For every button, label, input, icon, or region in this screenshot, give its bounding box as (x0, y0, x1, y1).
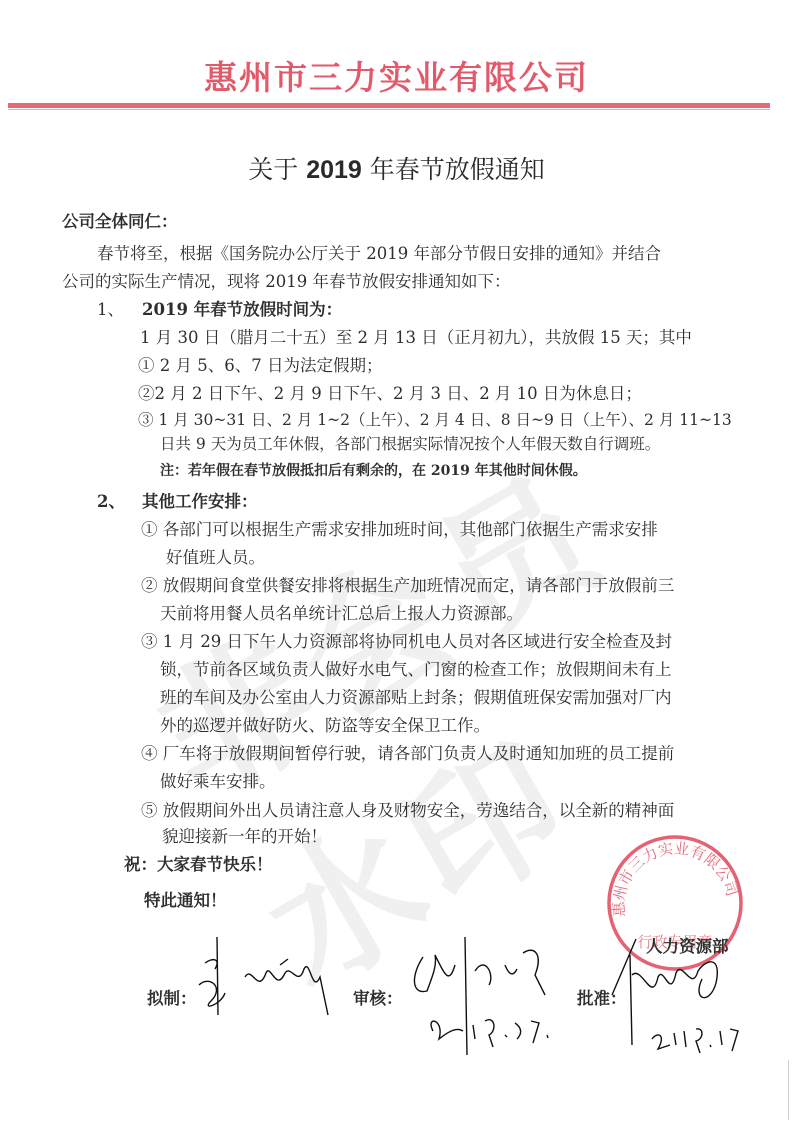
section2-item-3-cont3: 外的巡逻并做好防火、防盗等安全保卫工作。 (160, 712, 490, 736)
company-letterhead: 惠州市三力实业有限公司 (0, 52, 793, 99)
greeting: 祝：大家春节快乐！ (124, 851, 273, 875)
approver-signature (612, 935, 752, 1069)
document-title: 关于 2019 年春节放假通知 (0, 150, 793, 186)
item-text: 厂车将于放假期间暂停行驶，请各部门负责人及时通知加班的员工提前 (163, 744, 675, 763)
drafter-signature-2 (240, 955, 360, 1039)
drafted-label: 拟制： (147, 985, 197, 1009)
item-text: 1 月 29 日下午人力资源部将协同机电人员对各区域进行安全检查及封 (163, 632, 672, 651)
intro-line-1: 春节将至，根据《国务院办公厅关于 2019 年部分节假日安排的通知》并结合 (97, 240, 661, 264)
closing: 特此通知！ (144, 887, 227, 911)
section1-item-3-cont: 日共 9 天为员工年休假，各部门根据实际情况按个人年假天数自行调班。 (160, 432, 660, 454)
salutation: 公司全体同仁： (62, 208, 178, 232)
section2-item-4-cont: 做好乘车安排。 (160, 768, 276, 792)
item-text: 1 月 30~31 日、2 月 1~2（上午）、2 月 4 日、8 日~9 日（… (158, 411, 731, 429)
item-marker: ② (138, 384, 155, 403)
page-edge (788, 1060, 789, 1120)
section2-heading: 其他工作安排： (142, 488, 258, 512)
section2-item-3-cont1: 锁，节前各区域负责人做好水电气、门窗的检查工作；放假期间未有上 (160, 656, 672, 680)
section2-item-1: ① 各部门可以根据生产需求安排加班时间，其他部门依据生产需求安排 (141, 516, 658, 540)
item-text: 放假期间外出人员请注意人身及财物安全，劳逸结合，以全新的精神面 (163, 801, 675, 820)
item-marker: ① (138, 356, 155, 375)
section2-number: 2、 (97, 488, 125, 512)
section2-item-2: ② 放假期间食堂供餐安排将根据生产加班情况而定，请各部门于放假前三 (141, 572, 674, 596)
letterhead-divider (8, 103, 770, 108)
section1-heading: 2019 年春节放假时间为： (142, 296, 342, 320)
item-text: 2 月 2 日下午、2 月 9 日下午、2 月 3 日、2 月 10 日为休息日… (155, 384, 642, 403)
letterhead-divider-thin (8, 109, 770, 110)
section2-item-5: ⑤ 放假期间外出人员请注意人身及财物安全，劳逸结合，以全新的精神面 (141, 797, 674, 821)
reviewed-label: 审核： (353, 985, 403, 1009)
item-marker: ② (141, 576, 158, 595)
handwritten-signature-icon (240, 955, 360, 1035)
title-prefix: 关于 (248, 155, 306, 184)
section2-item-5-cont: 貌迎接新一年的开始！ (162, 823, 327, 847)
item-marker: ④ (141, 744, 158, 763)
item-marker: ① (141, 520, 158, 539)
item-text: 各部门可以根据生产需求安排加班时间，其他部门依据生产需求安排 (163, 520, 658, 539)
section2-item-3-cont2: 班的车间及办公室由人力资源部贴上封条；假期值班保安需加强对厂内 (160, 684, 672, 708)
item-marker: ⑤ (141, 801, 158, 820)
section2-item-3: ③ 1 月 29 日下午人力资源部将协同机电人员对各区域进行安全检查及封 (141, 628, 672, 652)
title-suffix: 年春节放假通知 (362, 155, 545, 184)
reviewer-signature (405, 935, 585, 1069)
section1-item-1: ① 2 月 5、6、7 日为法定假期； (138, 352, 382, 376)
svg-text:惠州市三力实业有限公司: 惠州市三力实业有限公司 (610, 839, 742, 917)
intro-line-2: 公司的实际生产情况，现将 2019 年春节放假安排通知如下： (62, 268, 510, 292)
section1-item-2: ②2 月 2 日下午、2 月 9 日下午、2 月 3 日、2 月 10 日为休息… (138, 380, 642, 404)
item-text: 放假期间食堂供餐安排将根据生产加班情况而定，请各部门于放假前三 (163, 576, 675, 595)
section1-note: 注：若年假在春节放假抵扣后有剩余的，在 2019 年其他时间休假。 (160, 460, 587, 480)
item-marker: ③ (141, 632, 158, 651)
section1-item-3: ③ 1 月 30~31 日、2 月 1~2（上午）、2 月 4 日、8 日~9 … (138, 408, 732, 430)
title-year: 2019 (306, 156, 362, 184)
handwritten-signature-icon (405, 935, 585, 1065)
drafter-signature-1 (195, 935, 235, 1049)
section2-item-1-cont: 好值班人员。 (166, 544, 265, 568)
section1-summary: 1 月 30 日（腊月二十五）至 2 月 13 日（正月初九），共放假 15 天… (140, 324, 692, 348)
section2-item-4: ④ 厂车将于放假期间暂停行驶，请各部门负责人及时通知加班的员工提前 (141, 740, 674, 764)
handwritten-signature-icon (612, 935, 752, 1065)
item-text: 2 月 5、6、7 日为法定假期； (160, 356, 383, 375)
item-marker: ③ (138, 411, 154, 429)
document-page: 非会员水印 惠州市三力实业有限公司 关于 2019 年春节放假通知 公司全体同仁… (0, 0, 793, 1122)
section2-item-2-cont: 天前将用餐人员名单统计汇总后上报人力资源部。 (160, 600, 523, 624)
handwritten-signature-icon (195, 935, 235, 1045)
section1-number: 1、 (97, 296, 124, 320)
